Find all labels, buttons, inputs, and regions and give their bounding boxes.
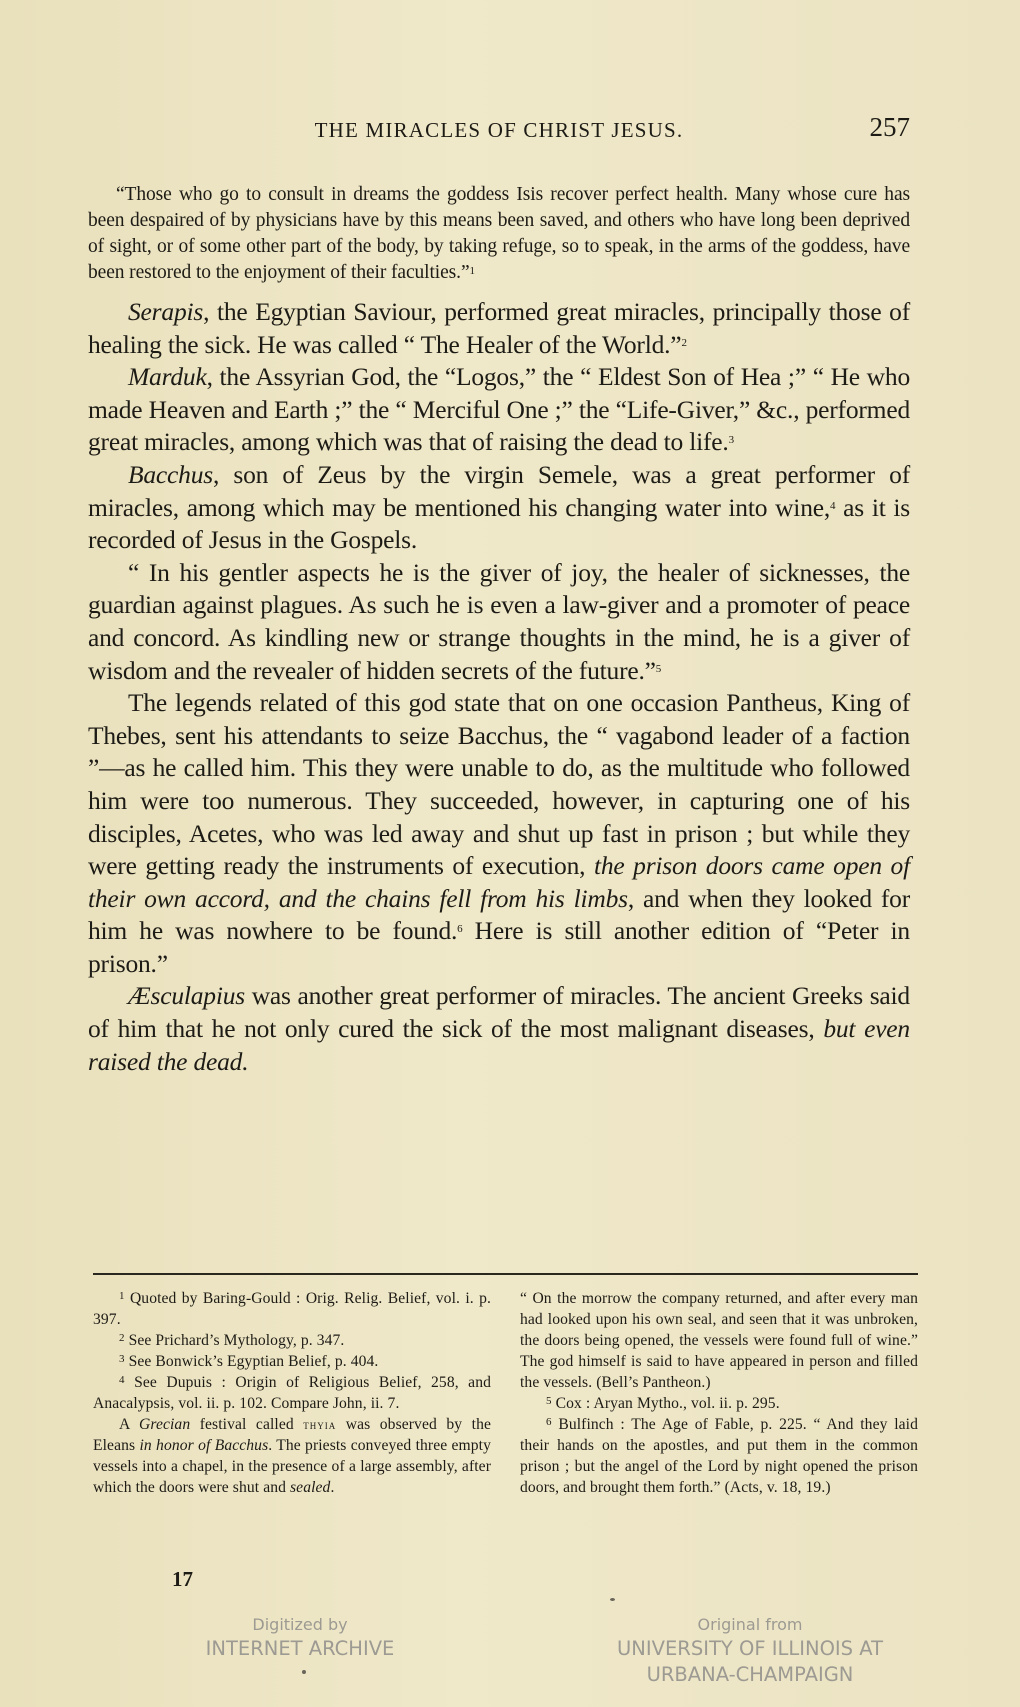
paper-speck — [302, 1670, 306, 1674]
footnote-text: See Prichard’s Mythology, p. 347. — [125, 1332, 345, 1349]
footnote-text: See Dupuis : Origin of Religious Belief,… — [93, 1374, 491, 1412]
original-from-watermark: Original from UNIVERSITY OF ILLINOIS AT … — [565, 1614, 935, 1688]
footnote-mark: 6 — [546, 1416, 552, 1428]
footnote-text: Cox : Aryan Mytho., vol. ii. p. 295. — [552, 1395, 780, 1412]
footnotes: 1 Quoted by Baring-Gould : Orig. Relig. … — [93, 1288, 918, 1498]
footnote-6: 6 Bulfinch : The Age of Fable, p. 225. “… — [520, 1414, 918, 1498]
watermark-source: INTERNET ARCHIVE — [180, 1636, 420, 1662]
footnote-2: 2 See Prichard’s Mythology, p. 347. — [93, 1330, 491, 1351]
paragraph-marduk: Marduk, the Assyrian God, the “Logos,” t… — [88, 361, 910, 459]
footnote-text: See Bonwick’s Egyptian Belief, p. 404. — [125, 1353, 379, 1370]
footnote-4-grecian: A Grecian festival called thyia was obse… — [93, 1414, 491, 1498]
isis-quote-text: “Those who go to consult in dreams the g… — [88, 184, 910, 283]
paragraph-bacchus: Bacchus, son of Zeus by the virgin Semel… — [88, 459, 910, 557]
paragraph-text: “ In his gentler aspects he is the giver… — [88, 558, 910, 685]
footnote-3: 3 See Bonwick’s Egyptian Belief, p. 404. — [93, 1351, 491, 1372]
footnote-text: festival called — [190, 1416, 303, 1433]
footnotes-left-column: 1 Quoted by Baring-Gould : Orig. Relig. … — [93, 1288, 491, 1498]
paragraph-legends: The legends related of this god state th… — [88, 687, 910, 980]
footnote-text: Quoted by Baring-Gould : Orig. Relig. Be… — [93, 1290, 491, 1328]
footnote-ref: 2 — [681, 337, 686, 349]
footnote-mark: 1 — [119, 1290, 125, 1302]
paragraph-bacchus-quote: “ In his gentler aspects he is the giver… — [88, 557, 910, 687]
running-title: THE MIRACLES OF CHRIST JESUS. — [88, 118, 910, 143]
deity-name: Marduk — [128, 362, 207, 391]
deity-name: Serapis — [128, 297, 203, 326]
digitized-by-watermark: Digitized by INTERNET ARCHIVE — [180, 1614, 420, 1662]
paragraph-esculapius: Æsculapius was another great performer o… — [88, 980, 910, 1078]
paper-speck — [610, 1598, 615, 1601]
footnote-text: A — [119, 1416, 139, 1433]
footnote-ref: 1 — [470, 265, 475, 277]
book-page: THE MIRACLES OF CHRIST JESUS. 257 “Those… — [0, 0, 1020, 1707]
small-caps-text: thyia — [303, 1417, 336, 1432]
watermark-source: URBANA-CHAMPAIGN — [565, 1662, 935, 1688]
emphasis-text: Grecian — [139, 1416, 190, 1433]
footnote-text: Bulfinch : The Age of Fable, p. 225. “ A… — [520, 1416, 918, 1496]
footnote-ref: 5 — [656, 663, 661, 675]
isis-quote: “Those who go to consult in dreams the g… — [88, 182, 910, 286]
footnote-mark: 2 — [119, 1332, 125, 1344]
emphasis-text: in honor of Bacchus — [139, 1437, 268, 1454]
paragraph-text: , the Assyrian God, the “Logos,” the “ E… — [88, 362, 910, 456]
watermark-label: Digitized by — [180, 1614, 420, 1636]
footnote-divider — [93, 1273, 918, 1275]
body-text: “Those who go to consult in dreams the g… — [88, 182, 910, 1078]
running-head: THE MIRACLES OF CHRIST JESUS. 257 — [88, 112, 910, 152]
footnote-ref: 6 — [457, 923, 462, 935]
footnote-ref: 4 — [830, 500, 835, 512]
deity-name: Bacchus — [128, 460, 213, 489]
footnote-5: 5 Cox : Aryan Mytho., vol. ii. p. 295. — [520, 1393, 918, 1414]
footnote-4: 4 See Dupuis : Origin of Religious Belie… — [93, 1372, 491, 1414]
watermark-label: Original from — [565, 1614, 935, 1636]
footnote-1: 1 Quoted by Baring-Gould : Orig. Relig. … — [93, 1288, 491, 1330]
paragraph-serapis: Serapis, the Egyptian Saviour, performed… — [88, 296, 910, 361]
footnote-mark: 4 — [119, 1374, 125, 1386]
footnote-mark: 5 — [546, 1395, 552, 1407]
page-number: 257 — [870, 112, 911, 143]
footnote-mark: 3 — [119, 1353, 125, 1365]
footnote-ref: 3 — [729, 434, 734, 446]
paragraph-text: , the Egyptian Saviour, performed great … — [88, 297, 910, 359]
emphasis-text: sealed — [290, 1479, 330, 1496]
signature-mark: 17 — [172, 1567, 193, 1592]
footnote-4-continued: “ On the morrow the company returned, an… — [520, 1288, 918, 1393]
footnotes-right-column: “ On the morrow the company returned, an… — [520, 1288, 918, 1498]
deity-name: Æsculapius — [128, 981, 245, 1010]
footnote-text: . — [330, 1479, 334, 1496]
watermark-source: UNIVERSITY OF ILLINOIS AT — [565, 1636, 935, 1662]
